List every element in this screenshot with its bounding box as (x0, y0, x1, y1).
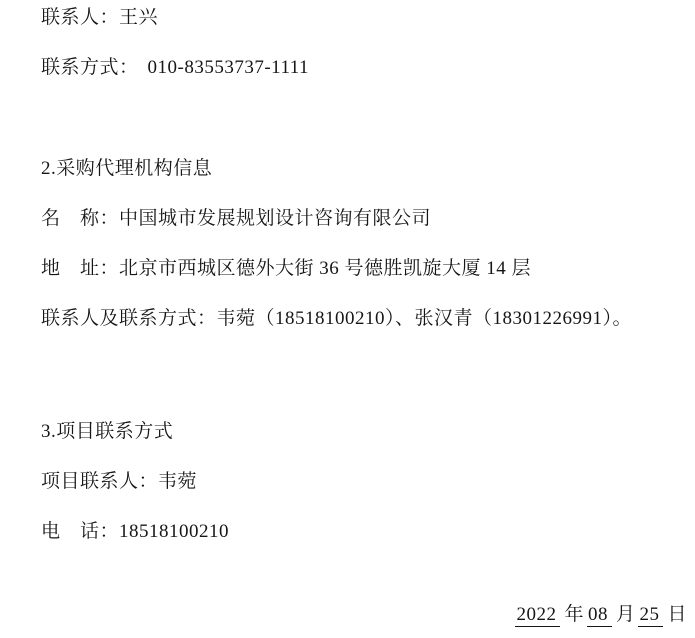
agency-name-label: 名 称： (41, 208, 119, 229)
agency-address-label: 地 址： (41, 258, 119, 279)
agency-address-line: 地 址：北京市西城区德外大街 36 号德胜凯旋大厦 14 层 (41, 259, 691, 278)
agency-contacts-line: 联系人及联系方式：韦菀（18518100210）、张汉青（18301226991… (41, 309, 691, 328)
project-phone-line: 电 话：18518100210 (41, 522, 691, 541)
project-phone-value: 18518100210 (119, 521, 229, 542)
agency-name-value: 中国城市发展规划设计咨询有限公司 (119, 208, 431, 229)
project-contact-label: 项目联系人： (41, 471, 158, 492)
date-year-suffix: 年 (564, 604, 584, 625)
document-date-line: 2022年08月25日 (41, 604, 691, 625)
date-month-suffix: 月 (616, 604, 636, 625)
agency-section-heading: 2.采购代理机构信息 (41, 159, 691, 178)
purchaser-contact-line: 联系人：王兴 (41, 8, 691, 27)
purchaser-phone-label: 联系方式： (41, 57, 139, 78)
date-month: 08 (587, 604, 612, 627)
project-phone-label: 电 话： (41, 521, 119, 542)
purchaser-phone-line: 联系方式：010-83553737-1111 (41, 58, 691, 77)
document-page: 联系人：王兴 联系方式：010-83553737-1111 2.采购代理机构信息… (0, 0, 695, 638)
purchaser-contact-name: 王兴 (119, 7, 158, 28)
date-day: 25 (638, 604, 663, 627)
project-contact-line: 项目联系人：韦菀 (41, 472, 691, 491)
date-year: 2022 (515, 604, 560, 627)
project-contact-name: 韦菀 (158, 471, 197, 492)
purchaser-contact-label: 联系人： (41, 7, 119, 28)
date-day-suffix: 日 (667, 604, 687, 625)
agency-contacts-label: 联系人及联系方式： (41, 308, 217, 329)
purchaser-phone-value: 010-83553737-1111 (148, 57, 310, 78)
agency-contacts-value: 韦菀（18518100210）、张汉青（18301226991）。 (217, 308, 633, 329)
agency-address-value: 北京市西城区德外大街 36 号德胜凯旋大厦 14 层 (119, 258, 531, 279)
agency-name-line: 名 称：中国城市发展规划设计咨询有限公司 (41, 209, 691, 228)
project-section-heading: 3.项目联系方式 (41, 422, 691, 441)
